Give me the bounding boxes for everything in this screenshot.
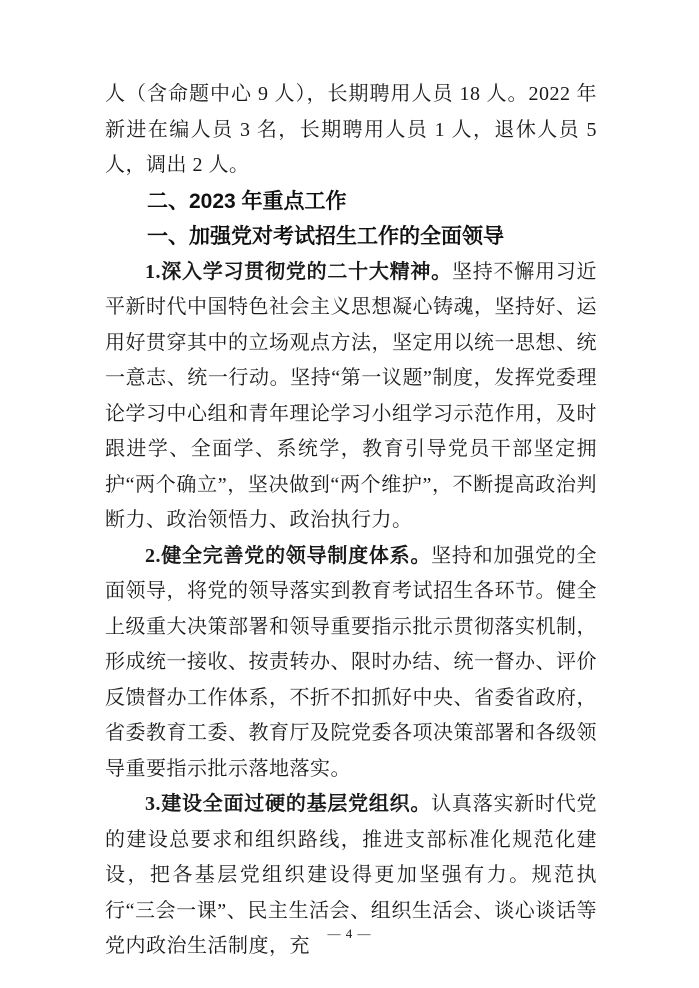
paragraph-1-lead: 1.深入学习贯彻党的二十大精神。 <box>145 261 452 283</box>
document-page: 人（含命题中心 9 人），长期聘用人员 18 人。2022 年新进在编人员 3 … <box>0 0 699 988</box>
paragraph-2-lead: 2.健全完善党的领导制度体系。 <box>145 545 431 567</box>
paragraph-3-lead: 3.建设全面过硬的基层党组织。 <box>145 793 431 815</box>
continuation-paragraph: 人（含命题中心 9 人），长期聘用人员 18 人。2022 年新进在编人员 3 … <box>105 77 597 184</box>
paragraph-1-text: 坚持不懈用习近平新时代中国特色社会主义思想凝心铸魂，坚持好、运用好贯穿其中的立场… <box>105 261 597 532</box>
numbered-paragraph-2: 2.健全完善党的领导制度体系。坚持和加强党的全面领导，将党的领导落实到教育考试招… <box>105 539 597 788</box>
heading-level-2: 一、加强党对考试招生工作的全面领导 <box>105 219 597 255</box>
page-number: — 4 — <box>0 926 699 942</box>
numbered-paragraph-1: 1.深入学习贯彻党的二十大精神。坚持不懈用习近平新时代中国特色社会主义思想凝心铸… <box>105 255 597 539</box>
heading-level-1: 二、2023 年重点工作 <box>105 184 597 220</box>
paragraph-2-text: 坚持和加强党的全面领导，将党的领导落实到教育考试招生各环节。健全上级重大决策部署… <box>105 545 597 780</box>
document-body: 人（含命题中心 9 人），长期聘用人员 18 人。2022 年新进在编人员 3 … <box>105 77 597 965</box>
